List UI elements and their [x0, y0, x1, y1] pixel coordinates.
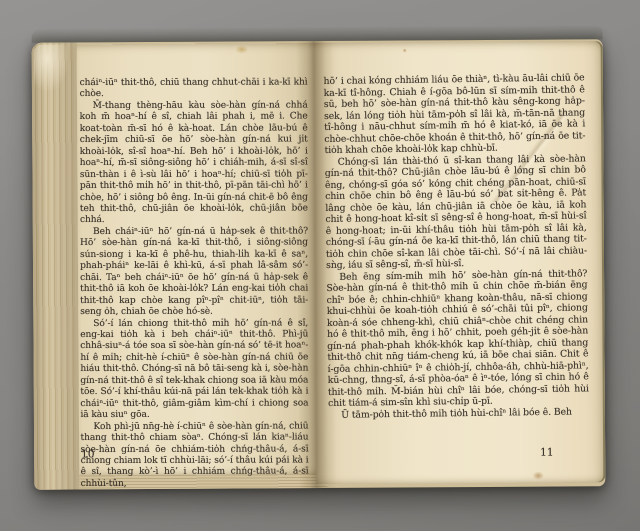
right-page-number: 11	[540, 447, 553, 459]
paragraph: Chóng-sī lán thài-thó ū sî-kan thang lâi…	[325, 153, 588, 272]
paragraph: Só’-í lán chiong thit-thô mi̍h hō’ gín-n…	[80, 318, 308, 422]
paragraph: hō’ i chai kóng chhiám liáu ōe thiàⁿ, tì…	[323, 72, 585, 156]
paragraph: Beh ēng sím-mi̍h mi̍h hō’ sòe-hàn gín-ná…	[326, 268, 589, 410]
paragraph: M̄-thang thèng-hāu kàu sòe-hàn gín-ná ch…	[80, 100, 308, 227]
paragraph: cháiⁿ-iūⁿ thit-thô, chiū thang chhut-chā…	[80, 77, 308, 101]
open-book: cháiⁿ-iūⁿ thit-thô, chiū thang chhut-chā…	[32, 39, 606, 489]
left-page-text: cháiⁿ-iūⁿ thit-thô, chiū thang chhut-chā…	[80, 77, 309, 490]
right-page: hō’ i chai kóng chhiám liáu ōe thiàⁿ, tì…	[314, 41, 606, 484]
left-page-number: 10	[81, 448, 94, 460]
stacked-page-edges	[32, 42, 80, 489]
photo-background: cháiⁿ-iūⁿ thit-thô, chiū thang chhut-chā…	[0, 0, 640, 531]
paragraph: Beh cháiⁿ-iūⁿ hō’ gín-ná ū ha̍p-sek ê th…	[80, 226, 308, 318]
right-page-text: hō’ i chai kóng chhiám liáu ōe thiàⁿ, tì…	[323, 72, 589, 421]
left-page: cháiⁿ-iūⁿ thit-thô, chiū thang chhut-chā…	[77, 43, 317, 475]
paragraph: Koh phì-jū nn̄g-hè í-chiūⁿ ê sòe-hàn gín…	[80, 421, 308, 490]
